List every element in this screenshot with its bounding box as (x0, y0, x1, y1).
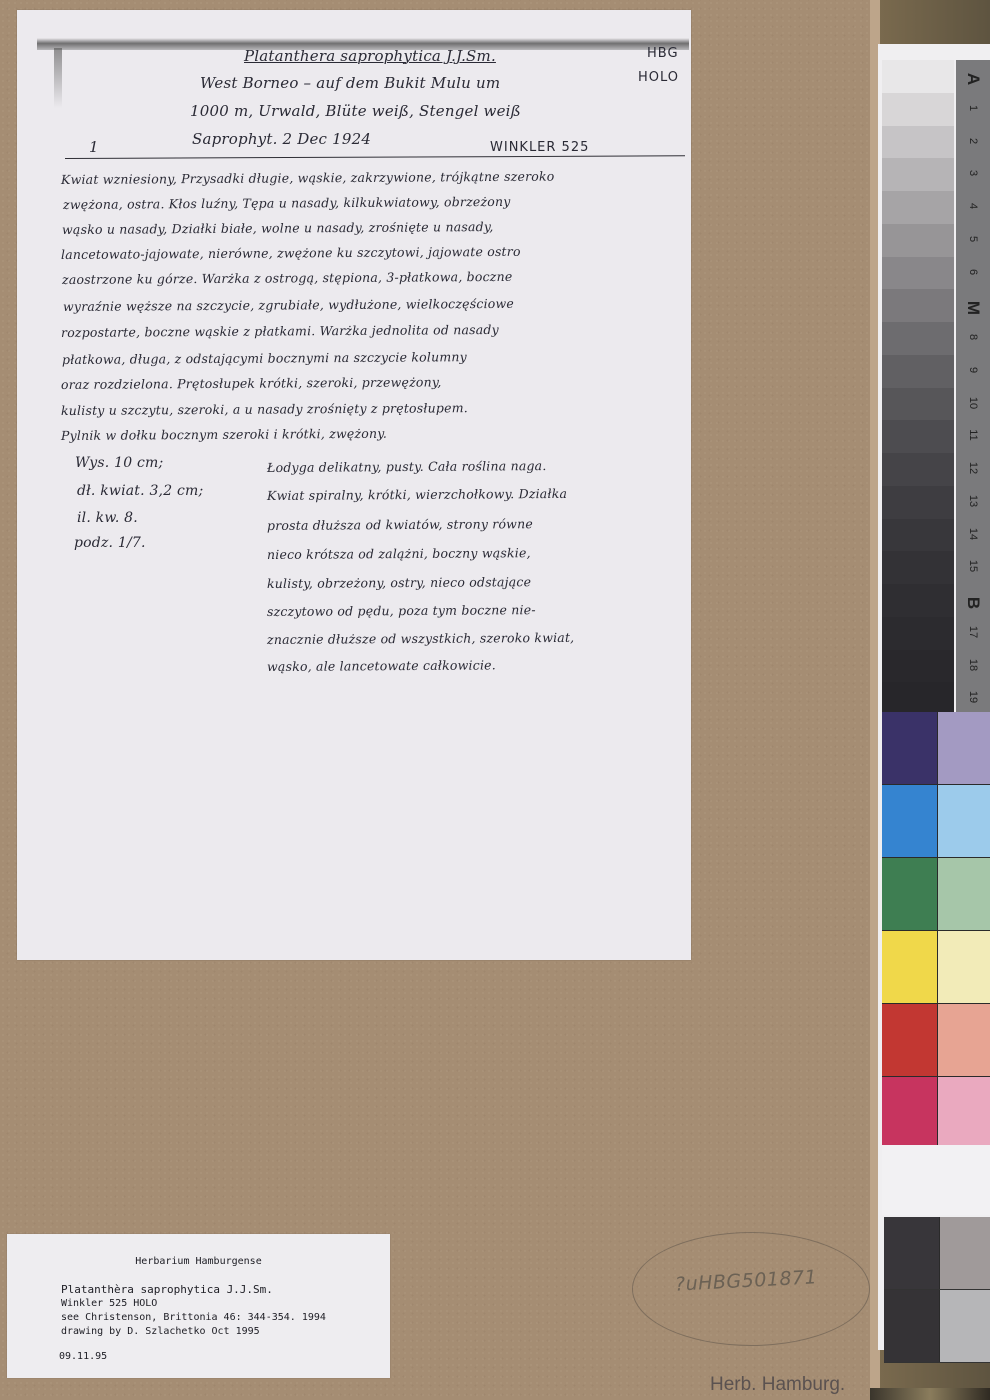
color-patch (882, 785, 938, 857)
notes-line: kulisty, obrzeżony, ostry, nieco odstają… (267, 574, 531, 591)
measurement-label: dł. kwiat. (77, 483, 145, 499)
scale-mark: 6 (967, 255, 979, 289)
collector-line: Winkler 525 HOLO (61, 1298, 157, 1309)
grey-step (882, 257, 954, 290)
scale-mark: 3 (967, 156, 979, 190)
description-line: Kwiat wzniesiony, Przysadki długie, wąsk… (61, 169, 555, 187)
notes-line: Łodyga delikatny, pusty. Cała roślina na… (267, 458, 547, 475)
color-patch (938, 931, 990, 1003)
scale-mark: 10 (967, 386, 979, 420)
color-patch (938, 858, 990, 930)
description-line: płatkowa, długa, z odstającymi bocznymi … (62, 349, 467, 367)
grey-step (882, 191, 954, 224)
label-date: 09.11.95 (59, 1351, 107, 1362)
institution-name: Herbarium Hamburgense (7, 1256, 390, 1267)
page-number: 1 (89, 138, 99, 156)
scale-mark: 14 (967, 517, 979, 551)
color-patches (882, 712, 990, 1150)
color-patch (938, 785, 990, 857)
color-patch (882, 858, 938, 930)
scale-mark: 8 (967, 320, 979, 354)
grey-step (882, 650, 954, 683)
description-line: zwężona, ostra. Kłos luźny, Tępa u nasad… (63, 194, 511, 212)
scale-mark: 15 (967, 549, 979, 583)
white-patch (882, 1145, 990, 1215)
color-patch (882, 1077, 938, 1149)
color-patch (884, 1217, 940, 1289)
description-line: rozpostarte, boczne wąskie z płatkami. W… (61, 322, 499, 340)
grey-scale (882, 60, 954, 715)
handwritten-description-sheet: Platanthera saprophytica J.J.Sm. HBG HOL… (17, 10, 691, 960)
patch-row-blue (882, 785, 990, 858)
locality-line-2: 1000 m, Urwald, Blüte weiß, Stengel weiß (190, 102, 521, 120)
scale-mark: 19 (967, 680, 979, 714)
description-line: wąsko u nasady, Działki białe, wolne u n… (62, 219, 494, 237)
grey-step (882, 682, 954, 715)
notes-line: prosta dłuższa od kwiatów, strony równe (267, 516, 533, 533)
herbarium-label: Herbarium Hamburgense Platanthèra saprop… (7, 1234, 390, 1378)
grey-step (882, 322, 954, 355)
grey-step (882, 519, 954, 552)
grey-step (882, 289, 954, 322)
color-patch (940, 1217, 990, 1289)
description-line: wyraźnie węższe na szczycie, zgrubiałe, … (63, 296, 514, 314)
scale-mark: 5 (967, 222, 979, 256)
photocopy-edge-shadow-left (54, 48, 62, 108)
patch-row-red (882, 1004, 990, 1077)
grey-step (882, 60, 954, 93)
scale-mark: 11 (967, 418, 979, 452)
color-patch (938, 712, 990, 784)
grey-scale-labels: A123456M89101112131415B171819 (956, 60, 990, 715)
collector-number: WINKLER 525 (490, 140, 589, 155)
measurement-label: podz. (74, 535, 113, 551)
grey-step (882, 453, 954, 486)
color-patch (940, 1290, 990, 1362)
grey-step (882, 158, 954, 191)
scale-mark: 2 (967, 124, 979, 158)
measurement-flower-length: dł. kwiat. 3,2 cm; (77, 483, 203, 499)
description-line: kulisty u szczytu, szeroki, a u nasady z… (61, 400, 468, 418)
patch-row-blue-violet (882, 712, 990, 785)
scale-mark: 13 (967, 484, 979, 518)
measurement-value: 8. (124, 510, 138, 526)
grey-step (882, 355, 954, 388)
description-line: zaostrzone ku górze. Warżka z ostrogą, s… (62, 269, 513, 287)
divider-line (65, 155, 685, 159)
scale-mark: 17 (967, 615, 979, 649)
notes-line: znacznie dłuższe od wszystkich, szeroko … (267, 630, 574, 647)
color-patch (882, 1004, 938, 1076)
description-line: oraz rozdzielona. Prętosłupek krótki, sz… (61, 374, 442, 392)
dark-patch-row (884, 1217, 990, 1290)
notes-line: wąsko, ale lancetowate całkowicie. (267, 657, 496, 674)
patch-row-yellow (882, 931, 990, 1004)
notes-line: szczytowo od pędu, poza tym boczne nie- (267, 602, 536, 619)
color-patch (882, 931, 938, 1003)
locality-line-1: West Borneo – auf dem Bukit Mulu um (200, 74, 500, 92)
scale-mark: 4 (967, 189, 979, 223)
taxon-name: Platanthèra saprophytica J.J.Sm. (61, 1283, 273, 1296)
scale-mark: 12 (967, 451, 979, 485)
grey-step (882, 93, 954, 126)
scale-mark: 9 (967, 353, 979, 387)
color-patch (884, 1290, 940, 1362)
scale-mark: 1 (967, 91, 979, 125)
description-line: Pylnik w dołku bocznym szeroki i krótki,… (61, 426, 387, 443)
grey-step (882, 617, 954, 650)
holotype-mark: HOLO (638, 70, 679, 85)
scale-mark: 18 (967, 648, 979, 682)
dark-patches (884, 1217, 990, 1363)
dark-patch-row (884, 1290, 990, 1363)
sheet-title: Platanthera saprophytica J.J.Sm. (244, 47, 496, 65)
notes-line: Kwiat spiralny, krótki, wierzchołkowy. D… (267, 486, 567, 503)
color-patch (882, 712, 938, 784)
description-line: lancetowato-jajowate, nierówne, zwężone … (61, 244, 521, 262)
grey-step (882, 551, 954, 584)
measurement-value: 10 cm; (114, 455, 163, 471)
herbarium-code-mark: HBG (647, 46, 679, 61)
measurement-value: 1/7. (118, 535, 146, 551)
measurement-ratio: podz. 1/7. (74, 535, 146, 551)
locality-line-3: Saprophyt. 2 Dec 1924 (192, 130, 371, 148)
color-patch (938, 1004, 990, 1076)
drawing-credit: drawing by D. Szlachetko Oct 1995 (61, 1326, 260, 1337)
herbarium-stamp: Herb. Hamburg. (710, 1374, 845, 1396)
grey-step (882, 486, 954, 519)
patch-row-green (882, 858, 990, 931)
measurement-value: 3,2 cm; (149, 483, 203, 499)
measurement-label: Wys. (75, 455, 109, 471)
color-patch (938, 1077, 990, 1149)
reference-line: see Christenson, Brittonia 46: 344-354. … (61, 1312, 326, 1323)
notes-line: nieco krótsza od zalążni, boczny wąskie, (267, 545, 531, 562)
measurement-flower-count: il. kw. 8. (77, 510, 138, 526)
measurement-height: Wys. 10 cm; (75, 455, 163, 471)
measurement-label: il. kw. (77, 510, 120, 526)
grey-step (882, 126, 954, 159)
scanner-edge (870, 1388, 990, 1400)
grey-step (882, 388, 954, 421)
grey-step (882, 224, 954, 257)
grey-step (882, 584, 954, 617)
grey-step (882, 420, 954, 453)
patch-row-magenta (882, 1077, 990, 1150)
